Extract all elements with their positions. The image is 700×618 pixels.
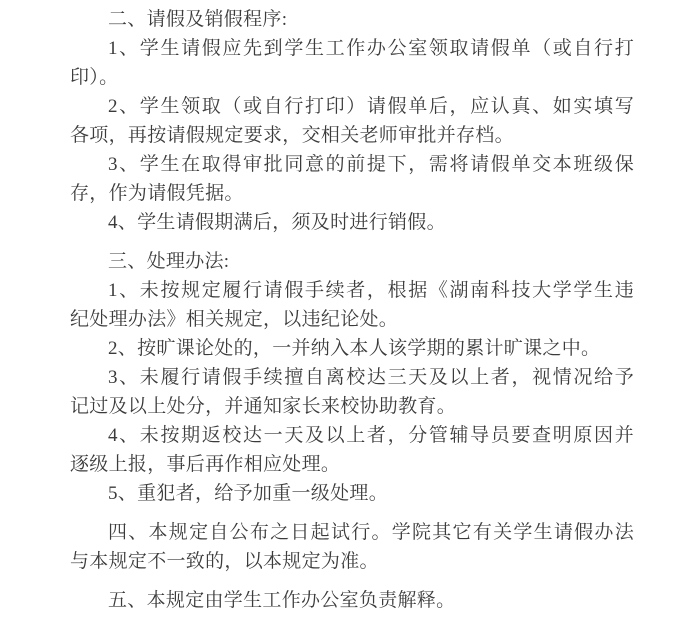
section-4-line-1: 四、本规定自公布之日起试行。学院其它有关学生请假办法 (70, 518, 634, 547)
item-2-3-line-1: 3、学生在取得审批同意的前提下，需将请假单交本班级保 (70, 150, 634, 179)
item-3-3-line-2: 记过及以上处分，并通知家长来校协助教育。 (70, 392, 634, 421)
item-2-2-line-2: 各项，再按请假规定要求，交相关老师审批并存档。 (70, 121, 634, 150)
item-2-2-line-1: 2、学生领取（或自行打印）请假单后，应认真、如实填写 (70, 92, 634, 121)
item-3-1-line-1: 1、未按规定履行请假手续者，根据《湖南科技大学学生违 (70, 276, 634, 305)
document-text-block: 二、请假及销假程序: 1、学生请假应先到学生工作办公室领取请假单（或自行打 印）… (70, 5, 634, 615)
item-2-4: 4、学生请假期满后，须及时进行销假。 (70, 208, 634, 237)
item-3-4-line-1: 4、未按期返校达一天及以上者，分管辅导员要查明原因并 (70, 421, 634, 450)
item-3-2: 2、按旷课论处的，一并纳入本人该学期的累计旷课之中。 (70, 334, 634, 363)
item-3-4-line-2: 逐级上报，事后再作相应处理。 (70, 450, 634, 479)
section-5: 五、本规定由学生工作办公室负责解释。 (70, 586, 634, 615)
item-2-3-line-2: 存，作为请假凭据。 (70, 179, 634, 208)
section-4-line-2: 与本规定不一致的，以本规定为准。 (70, 547, 634, 576)
item-3-3-line-1: 3、未履行请假手续擅自离校达三天及以上者，视情况给予 (70, 363, 634, 392)
item-3-5: 5、重犯者，给予加重一级处理。 (70, 479, 634, 508)
section-heading-2: 二、请假及销假程序: (70, 5, 634, 34)
item-2-1-line-2: 印）。 (70, 63, 634, 92)
item-2-1-line-1: 1、学生请假应先到学生工作办公室领取请假单（或自行打 (70, 34, 634, 63)
item-3-1-line-2: 纪处理办法》相关规定，以违纪论处。 (70, 305, 634, 334)
section-heading-3: 三、处理办法: (70, 247, 634, 276)
document-page: 二、请假及销假程序: 1、学生请假应先到学生工作办公室领取请假单（或自行打 印）… (0, 0, 700, 618)
